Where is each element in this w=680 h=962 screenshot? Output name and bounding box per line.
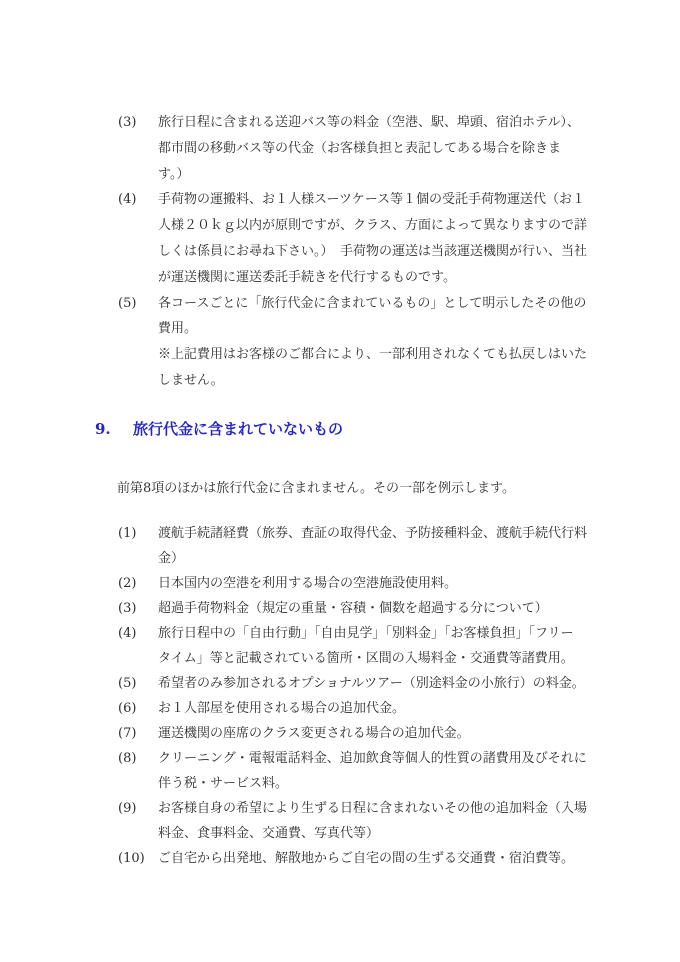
clause-9-5: (5) 希望者のみ参加されるオプショナルツアー（別途料金の小旅行）の料金。 <box>0 671 680 696</box>
clause-8-4: (4) 手荷物の運搬料、お１人様スーツケース等１個の受託手荷物運送代（お１ 人様… <box>0 187 680 290</box>
clause-line: 金） <box>158 546 620 571</box>
clause-line: 渡航手続諸経費（旅券、査証の取得代金、予防接種料金、渡航手続代行料 <box>158 521 620 546</box>
clause-text: 希望者のみ参加されるオプショナルツアー（別途料金の小旅行）の料金。 <box>158 671 620 696</box>
clause-text: 運送機関の座席のクラス変更される場合の追加代金。 <box>158 721 620 746</box>
clause-9-7: (7) 運送機関の座席のクラス変更される場合の追加代金。 <box>0 721 680 746</box>
clause-number: (5) <box>118 671 136 696</box>
clause-line: が運送機関に運送委託手続きを代行するものです。 <box>158 265 620 291</box>
clause-9-6: (6) お１人部屋を使用される場合の追加代金。 <box>0 696 680 721</box>
clause-9-9: (9) お客様自身の希望により生ずる日程に含まれないその他の追加料金（入場 料金… <box>0 796 680 846</box>
clause-number: (5) <box>118 291 136 317</box>
clause-text: お客様自身の希望により生ずる日程に含まれないその他の追加料金（入場 料金、食事料… <box>158 796 620 846</box>
clause-8-5: (5) 各コースごとに「旅行代金に含まれているもの」として明示したその他の 費用… <box>0 291 680 394</box>
clause-number: (4) <box>118 187 136 213</box>
clause-text: クリーニング・電報電話料金、追加飲食等個人的性質の諸費用及びそれに 伴う税・サー… <box>158 746 620 796</box>
clause-number: (3) <box>118 110 136 136</box>
clause-line: お客様自身の希望により生ずる日程に含まれないその他の追加料金（入場 <box>158 796 620 821</box>
clause-line: 旅行日程に含まれる送迎バス等の料金（空港、駅、埠頭、宿泊ホテル）、 <box>158 110 620 136</box>
clause-line: 各コースごとに「旅行代金に含まれているもの」として明示したその他の <box>158 291 620 317</box>
clause-line: 人様２０ｋｇ以内が原則ですが、クラス、方面によって異なりますので詳 <box>158 213 620 239</box>
clause-line: 希望者のみ参加されるオプショナルツアー（別途料金の小旅行）の料金。 <box>158 671 620 696</box>
clause-line: ※上記費用はお客様のご都合により、一部利用されなくても払戻しはいた <box>158 342 620 368</box>
clause-text: 超過手荷物料金（規定の重量・容積・個数を超過する分について） <box>158 596 620 621</box>
clause-9-3: (3) 超過手荷物料金（規定の重量・容積・個数を超過する分について） <box>0 596 680 621</box>
section8-clause-list: (3) 旅行日程に含まれる送迎バス等の料金（空港、駅、埠頭、宿泊ホテル）、 都市… <box>0 110 680 394</box>
clause-number: (4) <box>118 621 136 646</box>
clause-9-2: (2) 日本国内の空港を利用する場合の空港施設使用料。 <box>0 571 680 596</box>
clause-text: 日本国内の空港を利用する場合の空港施設使用料。 <box>158 571 620 596</box>
clause-9-8: (8) クリーニング・電報電話料金、追加飲食等個人的性質の諸費用及びそれに 伴う… <box>0 746 680 796</box>
clause-line: クリーニング・電報電話料金、追加飲食等個人的性質の諸費用及びそれに <box>158 746 620 771</box>
clause-line: 料金、食事料金、交通費、写真代等） <box>158 821 620 846</box>
clause-number: (10) <box>118 846 145 871</box>
clause-line: タイム」等と記載されている箇所・区間の入場料金・交通費等諸費用。 <box>158 646 620 671</box>
clause-text: 手荷物の運搬料、お１人様スーツケース等１個の受託手荷物運送代（お１ 人様２０ｋｇ… <box>158 187 620 290</box>
clause-8-3: (3) 旅行日程に含まれる送迎バス等の料金（空港、駅、埠頭、宿泊ホテル）、 都市… <box>0 110 680 187</box>
section-9-title: 旅行代金に含まれていないもの <box>133 420 343 438</box>
clause-line: 超過手荷物料金（規定の重量・容積・個数を超過する分について） <box>158 596 620 621</box>
section-9-number: 9. <box>95 420 133 438</box>
clause-9-4: (4) 旅行日程中の「自由行動」「自由見学」「別料金」「お客様負担」「フリー タ… <box>0 621 680 671</box>
clause-line: 都市間の移動バス等の代金（お客様負担と表記してある場合を除きま <box>158 136 620 162</box>
clause-text: お１人部屋を使用される場合の追加代金。 <box>158 696 620 721</box>
clause-9-1: (1) 渡航手続諸経費（旅券、査証の取得代金、予防接種料金、渡航手続代行料 金） <box>0 521 680 571</box>
clause-text: 旅行日程中の「自由行動」「自由見学」「別料金」「お客様負担」「フリー タイム」等… <box>158 621 620 671</box>
clause-number: (6) <box>118 696 136 721</box>
clause-text: 渡航手続諸経費（旅券、査証の取得代金、予防接種料金、渡航手続代行料 金） <box>158 521 620 571</box>
clause-number: (2) <box>118 571 136 596</box>
clause-line: 手荷物の運搬料、お１人様スーツケース等１個の受託手荷物運送代（お１ <box>158 187 620 213</box>
clause-line: しくは係員にお尋ね下さい。） 手荷物の運送は当該運送機関が行い、当社 <box>158 239 620 265</box>
document-page: (3) 旅行日程に含まれる送迎バス等の料金（空港、駅、埠頭、宿泊ホテル）、 都市… <box>0 0 680 962</box>
clause-line: しません。 <box>158 368 620 394</box>
clause-text: ご自宅から出発地、解散地からご自宅の間の生ずる交通費・宿泊費等。 <box>158 846 620 871</box>
clause-9-10: (10) ご自宅から出発地、解散地からご自宅の間の生ずる交通費・宿泊費等。 <box>0 846 680 871</box>
section-9-heading: 9.旅行代金に含まれていないもの <box>95 418 343 439</box>
clause-line: 運送機関の座席のクラス変更される場合の追加代金。 <box>158 721 620 746</box>
clause-line: ご自宅から出発地、解散地からご自宅の間の生ずる交通費・宿泊費等。 <box>158 846 620 871</box>
clause-number: (7) <box>118 721 136 746</box>
clause-line: 旅行日程中の「自由行動」「自由見学」「別料金」「お客様負担」「フリー <box>158 621 620 646</box>
section-9-intro: 前第8項のほかは旅行代金に含まれません。その一部を例示します。 <box>117 477 515 496</box>
clause-line: 費用。 <box>158 316 620 342</box>
clause-number: (9) <box>118 796 136 821</box>
clause-text: 旅行日程に含まれる送迎バス等の料金（空港、駅、埠頭、宿泊ホテル）、 都市間の移動… <box>158 110 620 187</box>
clause-line: す。） <box>158 162 620 188</box>
clause-line: 伴う税・サービス料。 <box>158 771 620 796</box>
clause-number: (8) <box>118 746 136 771</box>
section9-clause-list: (1) 渡航手続諸経費（旅券、査証の取得代金、予防接種料金、渡航手続代行料 金）… <box>0 521 680 871</box>
clause-text: 各コースごとに「旅行代金に含まれているもの」として明示したその他の 費用。 ※上… <box>158 291 620 394</box>
clause-number: (1) <box>118 521 136 546</box>
clause-number: (3) <box>118 596 136 621</box>
clause-line: 日本国内の空港を利用する場合の空港施設使用料。 <box>158 571 620 596</box>
clause-line: お１人部屋を使用される場合の追加代金。 <box>158 696 620 721</box>
